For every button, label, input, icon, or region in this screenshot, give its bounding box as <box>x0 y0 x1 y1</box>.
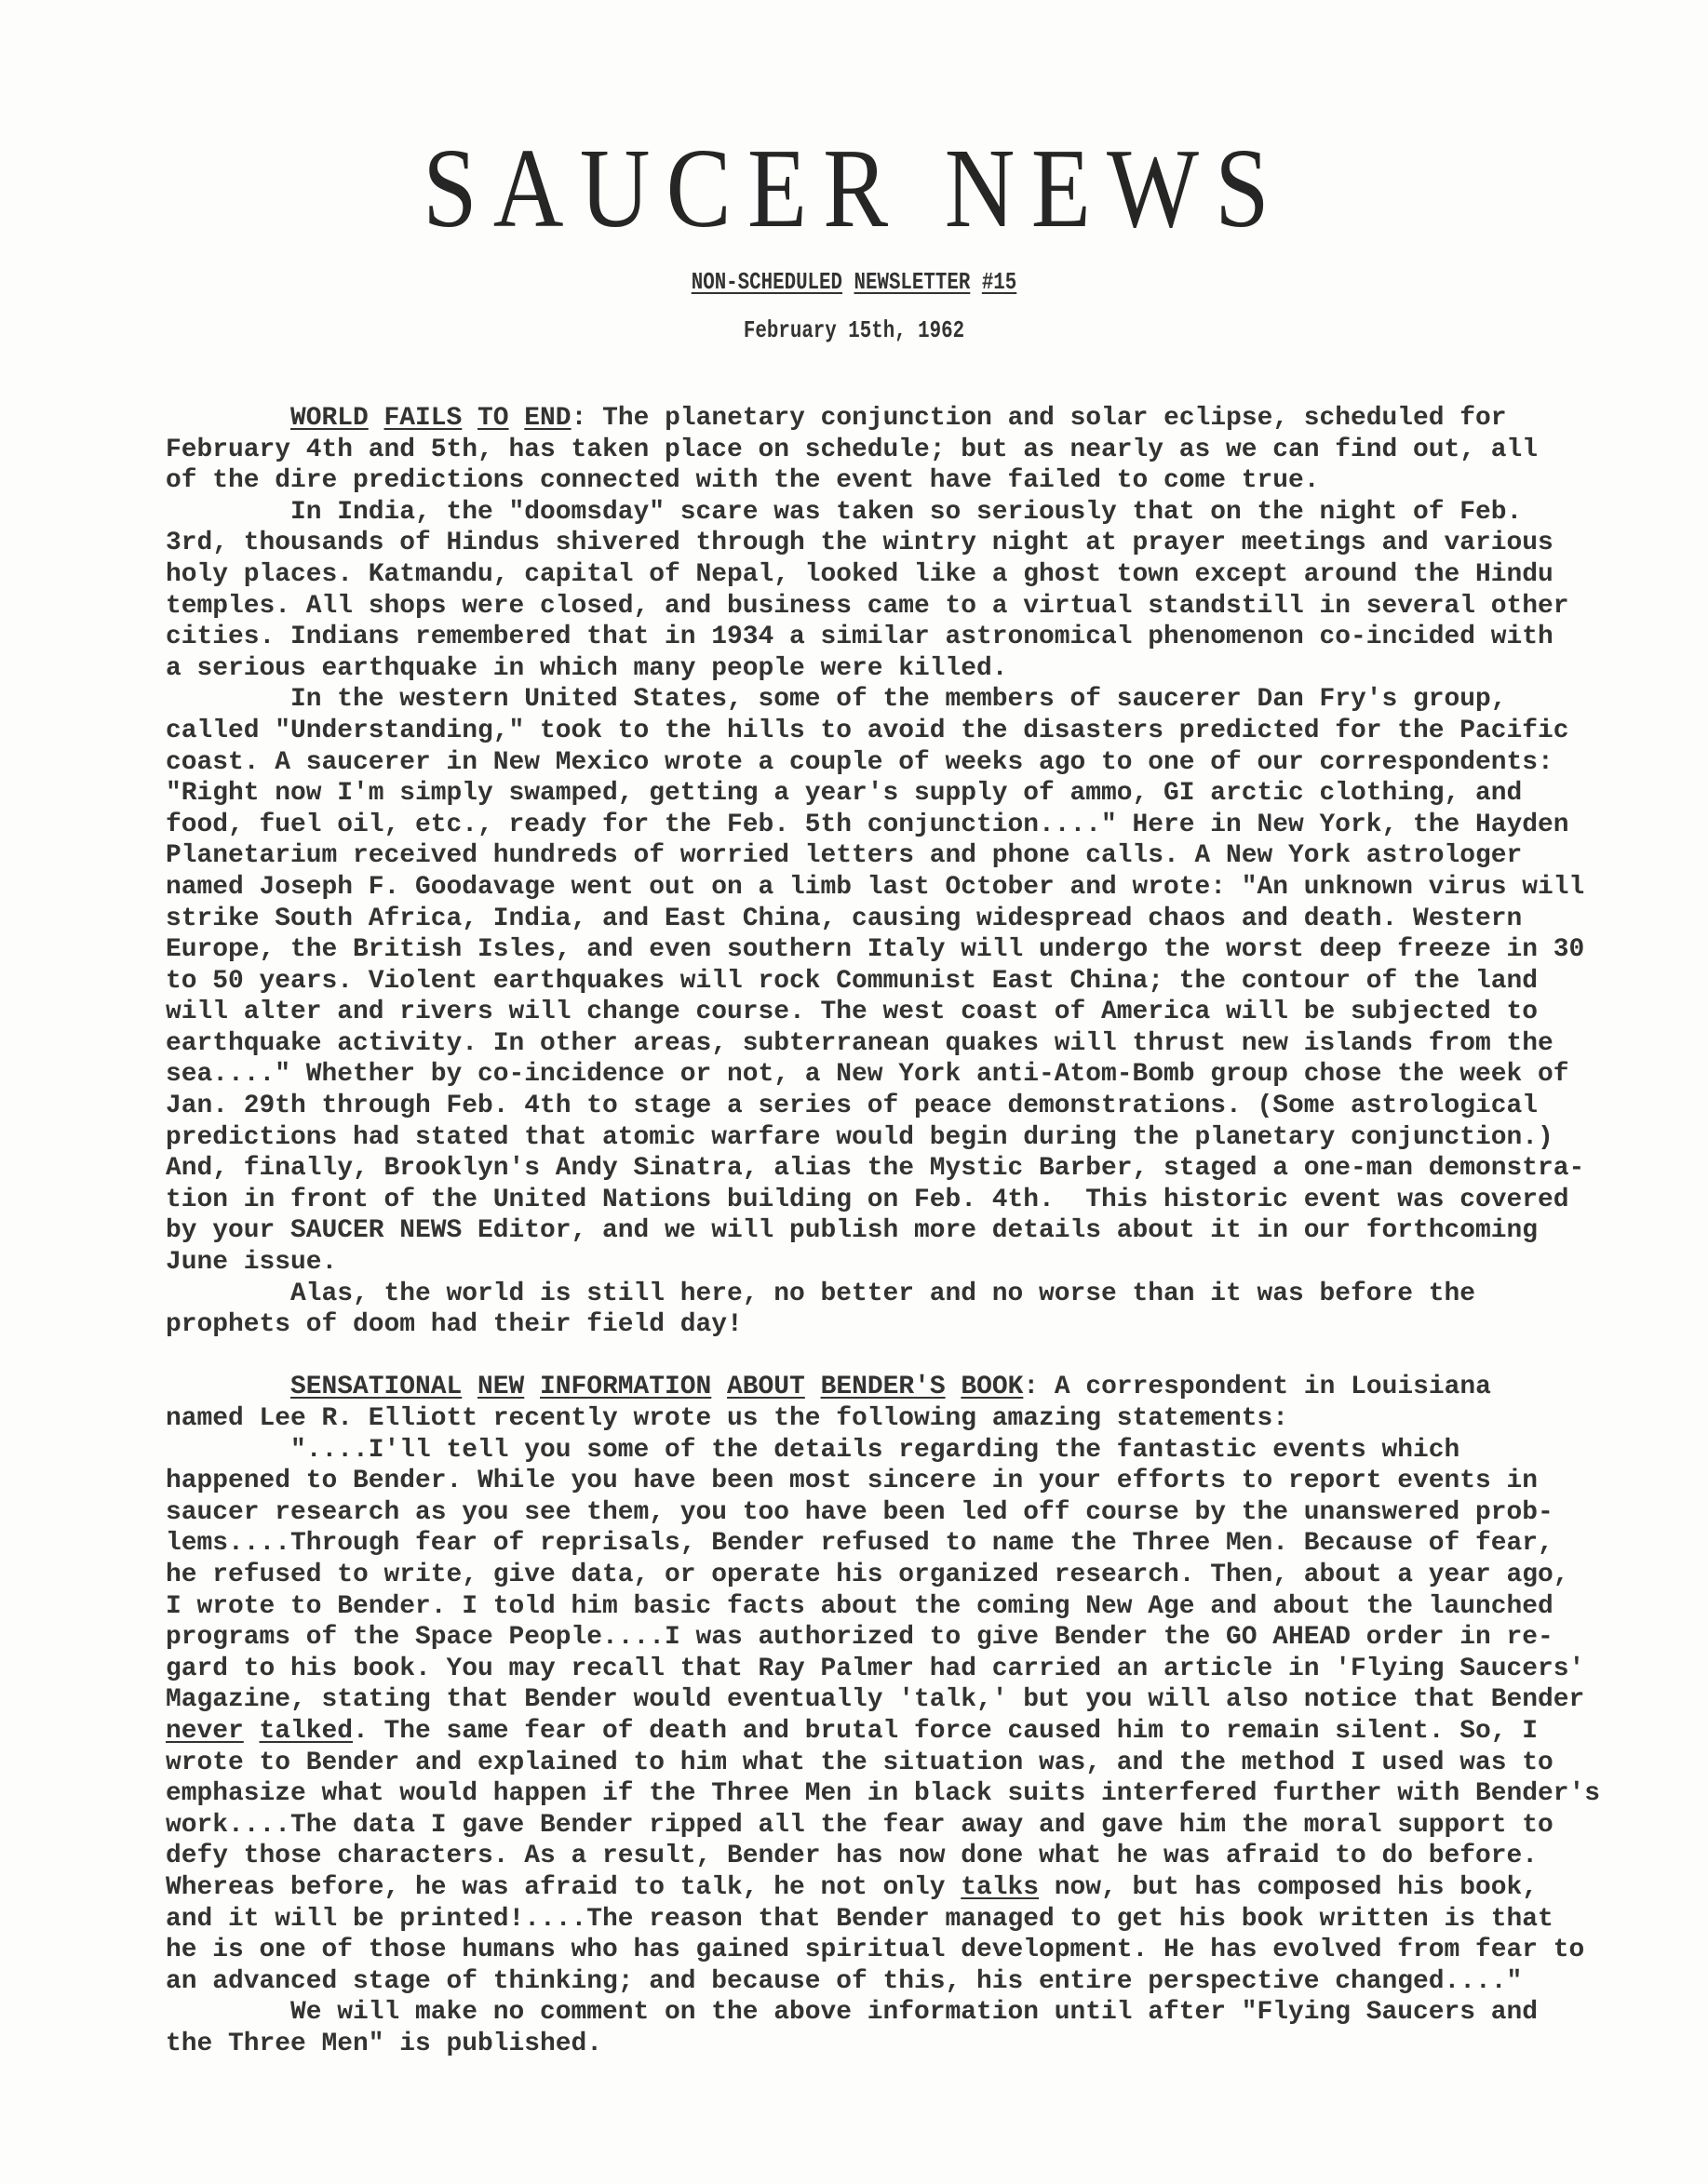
text-run: strike South Africa, India, and East Chi… <box>166 904 1522 933</box>
text-line: he is one of those humans who has gained… <box>166 1935 1602 1966</box>
issue-date: February 15th, 1962 <box>171 316 1538 344</box>
text-run: prophets of doom had their field day! <box>166 1310 743 1339</box>
text-run: called "Understanding," took to the hill… <box>166 717 1568 745</box>
text-line: saucer research as you see them, you too… <box>166 1497 1602 1529</box>
text-line: And, finally, Brooklyn's Andy Sinatra, a… <box>166 1153 1602 1185</box>
text-run: temples. All shops were closed, and busi… <box>166 592 1568 621</box>
text-run: cities. Indians remembered that in 1934 … <box>166 623 1553 651</box>
text-run: In India, the "doomsday" scare was taken… <box>166 498 1522 527</box>
text-run <box>244 1717 260 1746</box>
text-line: an advanced stage of thinking; and becau… <box>166 1966 1602 1998</box>
text-line: tion in front of the United Nations buil… <box>166 1185 1602 1216</box>
text-line: Magazine, stating that Bender would even… <box>166 1684 1602 1716</box>
text-run <box>509 404 525 433</box>
text-line: We will make no comment on the above inf… <box>166 1997 1602 2029</box>
text-run: : The planetary conjunction and solar ec… <box>572 404 1507 433</box>
underlined-text: BENDER'S <box>821 1373 946 1401</box>
text-run <box>462 404 477 433</box>
text-line: cities. Indians remembered that in 1934 … <box>166 622 1602 653</box>
text-run: to 50 years. Violent earthquakes will ro… <box>166 967 1538 996</box>
text-line: "Right now I'm simply swamped, getting a… <box>166 778 1602 810</box>
underlined-text: WORLD <box>290 404 369 433</box>
text-run: a serious earthquake in which many peopl… <box>166 654 1008 683</box>
text-run: predictions had stated that atomic warfa… <box>166 1123 1553 1152</box>
text-line: he refused to write, give data, or opera… <box>166 1560 1602 1591</box>
text-line: lems....Through fear of reprisals, Bende… <box>166 1528 1602 1560</box>
underlined-text: TO <box>477 404 509 433</box>
text-run: 3rd, thousands of Hindus shivered throug… <box>166 529 1553 557</box>
text-line: work....The data I gave Bender ripped al… <box>166 1810 1602 1842</box>
subtitle-word: #15 <box>982 268 1016 296</box>
text-line: I wrote to Bender. I told him basic fact… <box>166 1591 1602 1623</box>
text-line: Planetarium received hundreds of worried… <box>166 840 1602 872</box>
text-run: saucer research as you see them, you too… <box>166 1498 1553 1527</box>
text-line: and it will be printed!....The reason th… <box>166 1904 1602 1936</box>
text-line: SENSATIONAL NEW INFORMATION ABOUT BENDER… <box>166 1372 1602 1403</box>
underlined-text: talked <box>260 1717 354 1746</box>
text-line: June issue. <box>166 1247 1602 1279</box>
text-run <box>462 1373 477 1401</box>
text-line: food, fuel oil, etc., ready for the Feb.… <box>166 810 1602 841</box>
text-line: happened to Bender. While you have been … <box>166 1466 1602 1497</box>
text-run <box>946 1373 962 1401</box>
text-line: WORLD FAILS TO END: The planetary conjun… <box>166 403 1602 435</box>
text-line: named Lee R. Elliott recently wrote us t… <box>166 1403 1602 1435</box>
underlined-text: talks <box>961 1873 1039 1902</box>
text-line: In the western United States, some of th… <box>166 684 1602 716</box>
text-run: sea...." Whether by co-incidence or not,… <box>166 1060 1568 1089</box>
underlined-text: BOOK <box>961 1373 1023 1401</box>
text-line: "....I'll tell you some of the details r… <box>166 1435 1602 1467</box>
text-run: by your SAUCER NEWS Editor, and we will … <box>166 1216 1538 1245</box>
text-run: earthquake activity. In other areas, sub… <box>166 1029 1553 1058</box>
text-line: called "Understanding," took to the hill… <box>166 716 1602 747</box>
text-run <box>166 1373 290 1401</box>
text-line: earthquake activity. In other areas, sub… <box>166 1028 1602 1060</box>
text-run: happened to Bender. While you have been … <box>166 1467 1538 1495</box>
text-line: named Joseph F. Goodavage went out on a … <box>166 872 1602 904</box>
text-run: Planetarium received hundreds of worried… <box>166 841 1522 870</box>
text-run: he refused to write, give data, or opera… <box>166 1561 1568 1589</box>
text-run: and it will be printed!....The reason th… <box>166 1905 1553 1934</box>
text-run: We will make no comment on the above inf… <box>166 1998 1538 2027</box>
text-run: : A correspondent in Louisiana <box>1023 1373 1491 1401</box>
text-run: the Three Men" is published. <box>166 2030 602 2058</box>
newsletter-number: NON-SCHEDULED NEWSLETTER #15 <box>171 268 1538 296</box>
text-run: In the western United States, some of th… <box>166 685 1506 714</box>
text-line: Alas, the world is still here, no better… <box>166 1279 1602 1310</box>
text-run: defy those characters. As a result, Bend… <box>166 1842 1538 1870</box>
text-run <box>524 1373 540 1401</box>
text-run: of the dire predictions connected with t… <box>166 466 1319 495</box>
text-line: Europe, the British Isles, and even sout… <box>166 934 1602 966</box>
text-run: June issue. <box>166 1248 337 1277</box>
text-run: will alter and rivers will change course… <box>166 998 1538 1026</box>
text-line: will alter and rivers will change course… <box>166 997 1602 1028</box>
text-run: tion in front of the United Nations buil… <box>166 1186 1568 1214</box>
section-gap <box>166 1341 1602 1373</box>
text-run: he is one of those humans who has gained… <box>166 1936 1584 1964</box>
text-run: Whereas before, he was afraid to talk, h… <box>166 1873 961 1902</box>
text-line: holy places. Katmandu, capital of Nepal,… <box>166 559 1602 591</box>
text-run: emphasize what would happen if the Three… <box>166 1779 1600 1808</box>
text-line: Jan. 29th through Feb. 4th to stage a se… <box>166 1091 1602 1122</box>
text-line: programs of the Space People....I was au… <box>166 1622 1602 1654</box>
text-line: strike South Africa, India, and East Chi… <box>166 904 1602 935</box>
text-line: wrote to Bender and explained to him wha… <box>166 1748 1602 1779</box>
text-run: named Joseph F. Goodavage went out on a … <box>166 873 1584 902</box>
text-run: Alas, the world is still here, no better… <box>166 1280 1475 1308</box>
text-run: food, fuel oil, etc., ready for the Feb.… <box>166 811 1568 839</box>
text-line: sea...." Whether by co-incidence or not,… <box>166 1059 1602 1091</box>
text-run: named Lee R. Elliott recently wrote us t… <box>166 1404 1288 1433</box>
text-line: temples. All shops were closed, and busi… <box>166 591 1602 623</box>
masthead-title: SAUCER NEWS <box>119 119 1588 259</box>
text-run: Europe, the British Isles, and even sout… <box>166 935 1584 964</box>
text-line: by your SAUCER NEWS Editor, and we will … <box>166 1215 1602 1247</box>
underlined-text: NEW <box>477 1373 524 1401</box>
text-line: In India, the "doomsday" scare was taken… <box>166 497 1602 529</box>
text-line: to 50 years. Violent earthquakes will ro… <box>166 966 1602 998</box>
text-run: . The same fear of death and brutal forc… <box>353 1717 1538 1746</box>
text-run: Magazine, stating that Bender would even… <box>166 1685 1584 1714</box>
text-line: Whereas before, he was afraid to talk, h… <box>166 1872 1602 1904</box>
text-run: an advanced stage of thinking; and becau… <box>166 1967 1522 1996</box>
text-line: the Three Men" is published. <box>166 2029 1602 2060</box>
text-line: coast. A saucerer in New Mexico wrote a … <box>166 747 1602 779</box>
text-run: "Right now I'm simply swamped, getting a… <box>166 779 1522 808</box>
newsletter-body: WORLD FAILS TO END: The planetary conjun… <box>166 403 1602 2059</box>
text-line: 3rd, thousands of Hindus shivered throug… <box>166 528 1602 559</box>
text-run: wrote to Bender and explained to him wha… <box>166 1749 1553 1777</box>
text-run: holy places. Katmandu, capital of Nepal,… <box>166 560 1553 589</box>
text-run <box>711 1373 727 1401</box>
text-run: programs of the Space People....I was au… <box>166 1623 1553 1652</box>
underlined-text: FAILS <box>384 404 463 433</box>
underlined-text: INFORMATION <box>540 1373 711 1401</box>
text-run: Jan. 29th through Feb. 4th to stage a se… <box>166 1092 1538 1120</box>
text-run <box>369 404 384 433</box>
text-line: defy those characters. As a result, Bend… <box>166 1841 1602 1872</box>
underlined-text: ABOUT <box>727 1373 805 1401</box>
text-run: lems....Through fear of reprisals, Bende… <box>166 1529 1553 1558</box>
text-run: "....I'll tell you some of the details r… <box>166 1436 1459 1465</box>
text-run: gard to his book. You may recall that Ra… <box>166 1655 1584 1683</box>
text-run <box>805 1373 821 1401</box>
text-run: now, but has composed his book, <box>1039 1873 1538 1902</box>
text-line: gard to his book. You may recall that Ra… <box>166 1654 1602 1685</box>
text-run: And, finally, Brooklyn's Andy Sinatra, a… <box>166 1154 1584 1183</box>
underlined-text: never <box>166 1717 244 1746</box>
text-run: coast. A saucerer in New Mexico wrote a … <box>166 748 1553 777</box>
article-world-fails-to-end: WORLD FAILS TO END: The planetary conjun… <box>166 403 1602 1341</box>
article-benders-book: SENSATIONAL NEW INFORMATION ABOUT BENDER… <box>166 1372 1602 2059</box>
text-line: of the dire predictions connected with t… <box>166 465 1602 497</box>
text-run: I wrote to Bender. I told him basic fact… <box>166 1592 1553 1621</box>
text-run: work....The data I gave Bender ripped al… <box>166 1811 1553 1840</box>
text-run: February 4th and 5th, has taken place on… <box>166 435 1538 464</box>
underlined-text: SENSATIONAL <box>290 1373 462 1401</box>
underlined-text: END <box>524 404 571 433</box>
text-line: never talked. The same fear of death and… <box>166 1716 1602 1748</box>
text-line: prophets of doom had their field day! <box>166 1309 1602 1341</box>
subtitle-word: NEWSLETTER <box>854 268 971 296</box>
text-line: predictions had stated that atomic warfa… <box>166 1122 1602 1154</box>
text-line: emphasize what would happen if the Three… <box>166 1778 1602 1810</box>
subtitle-word: NON-SCHEDULED <box>692 268 842 296</box>
text-line: a serious earthquake in which many peopl… <box>166 653 1602 685</box>
text-line: February 4th and 5th, has taken place on… <box>166 435 1602 466</box>
text-run <box>166 404 290 433</box>
